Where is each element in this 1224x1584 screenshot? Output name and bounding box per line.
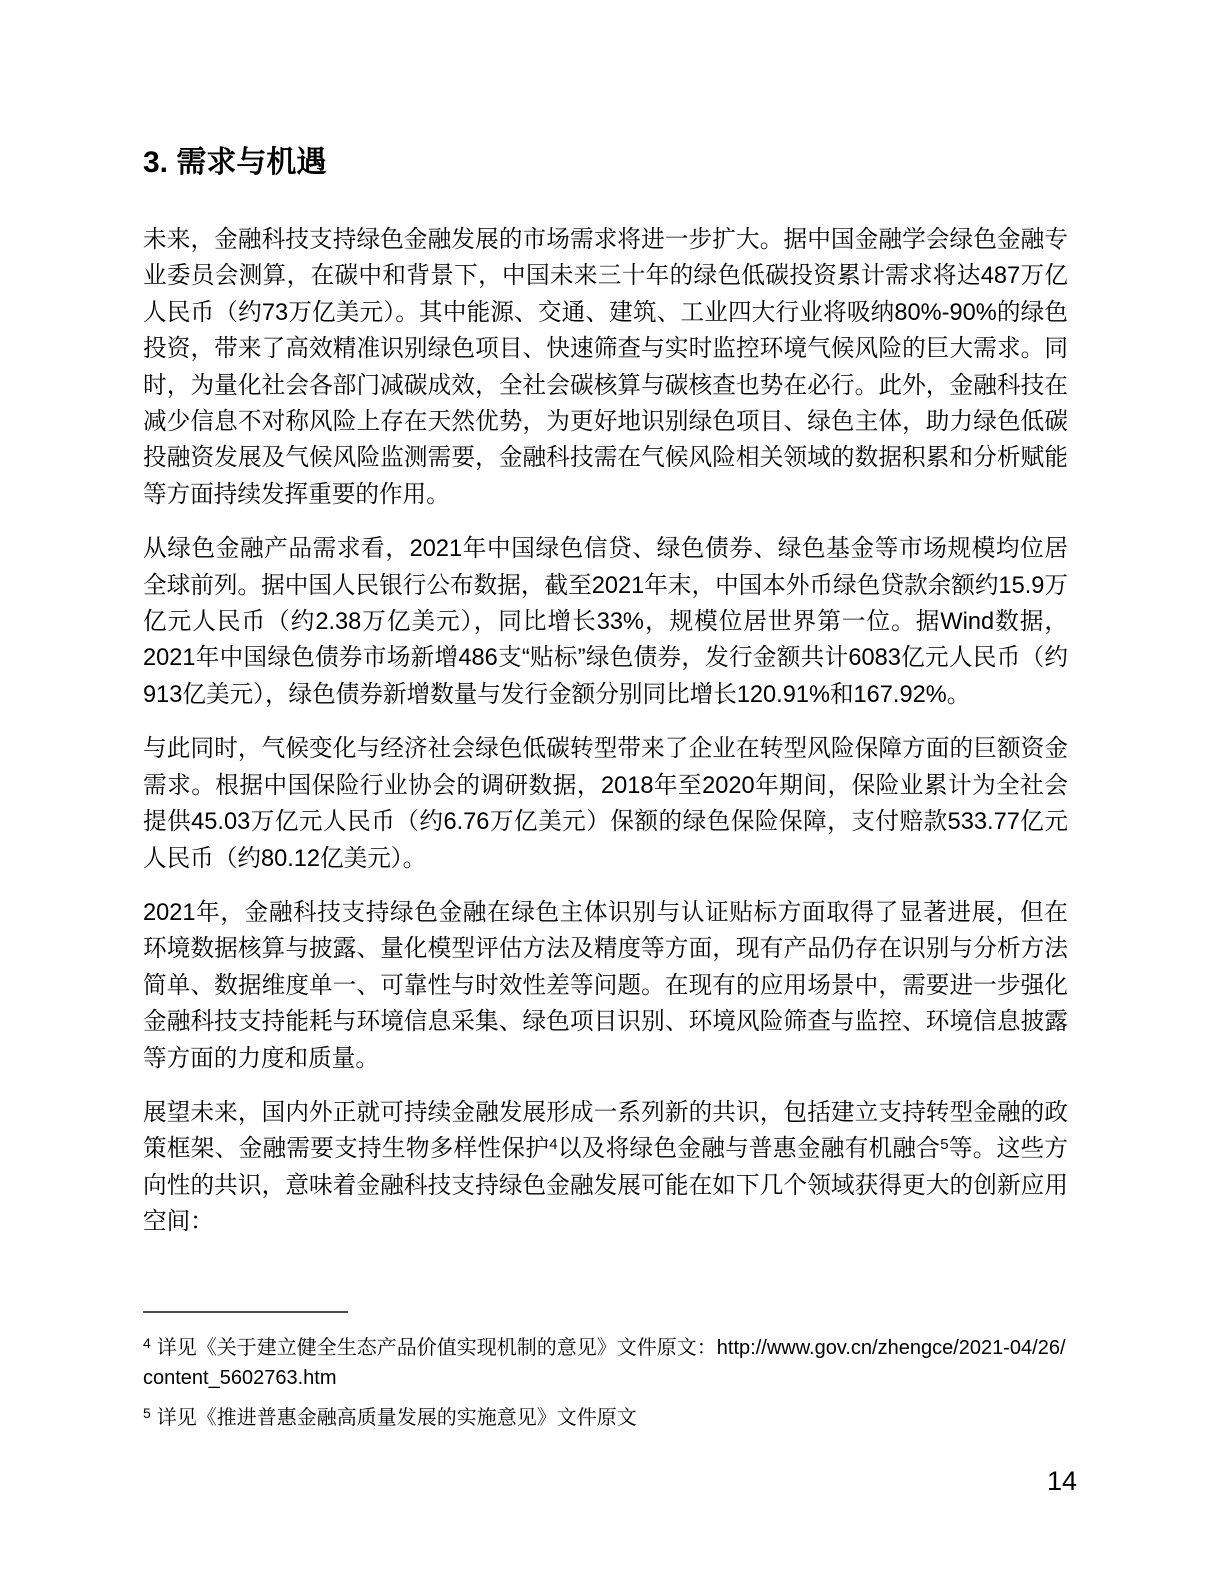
paragraph-outlook: 展望未来，国内外正就可持续金融发展形成一系列新的共识，包括建立支持转型金融的政策… bbox=[143, 1095, 1068, 1241]
footnote-ref-5: 5 bbox=[940, 1136, 948, 1153]
paragraph-progress-2021: 2021年，金融科技支持绿色金融在绿色主体识别与认证贴标方面取得了显著进展，但在… bbox=[143, 895, 1068, 1077]
page-content: 3. 需求与机遇 未来，金融科技支持绿色金融发展的市场需求将进一步扩大。据中国金… bbox=[143, 0, 1068, 1443]
paragraph-green-products: 从绿色金融产品需求看，2021年中国绿色信贷、绿色债券、绿色基金等市场规模均位居… bbox=[143, 531, 1068, 713]
paragraph-insurance: 与此同时，气候变化与经济社会绿色低碳转型带来了企业在转型风险保障方面的巨额资金需… bbox=[143, 731, 1068, 877]
outlook-text-part-2: 以及将绿色金融与普惠金融有机融合 bbox=[558, 1136, 941, 1162]
footnote-5-marker: 5 bbox=[143, 1405, 151, 1421]
section-heading: 3. 需求与机遇 bbox=[143, 145, 1068, 181]
footnote-5-text: 详见《推进普惠金融高质量发展的实施意见》文件原文 bbox=[157, 1407, 637, 1429]
paragraph-market-demand: 未来，金融科技支持绿色金融发展的市场需求将进一步扩大。据中国金融学会绿色金融专业… bbox=[143, 222, 1068, 513]
document-page: 3. 需求与机遇 未来，金融科技支持绿色金融发展的市场需求将进一步扩大。据中国金… bbox=[0, 0, 1224, 1584]
footnote-4-marker: 4 bbox=[143, 1335, 151, 1351]
footnote-ref-4: 4 bbox=[549, 1136, 557, 1153]
footnote-5: 5详见《推进普惠金融高质量发展的实施意见》文件原文 bbox=[143, 1403, 1068, 1433]
footnote-divider bbox=[143, 1311, 348, 1313]
footnote-4-text: 详见《关于建立健全生态产品价值实现机制的意见》文件原文： bbox=[157, 1337, 717, 1359]
footnote-4: 4详见《关于建立健全生态产品价值实现机制的意见》文件原文：http://www.… bbox=[143, 1333, 1068, 1393]
page-number: 14 bbox=[1047, 1466, 1077, 1496]
